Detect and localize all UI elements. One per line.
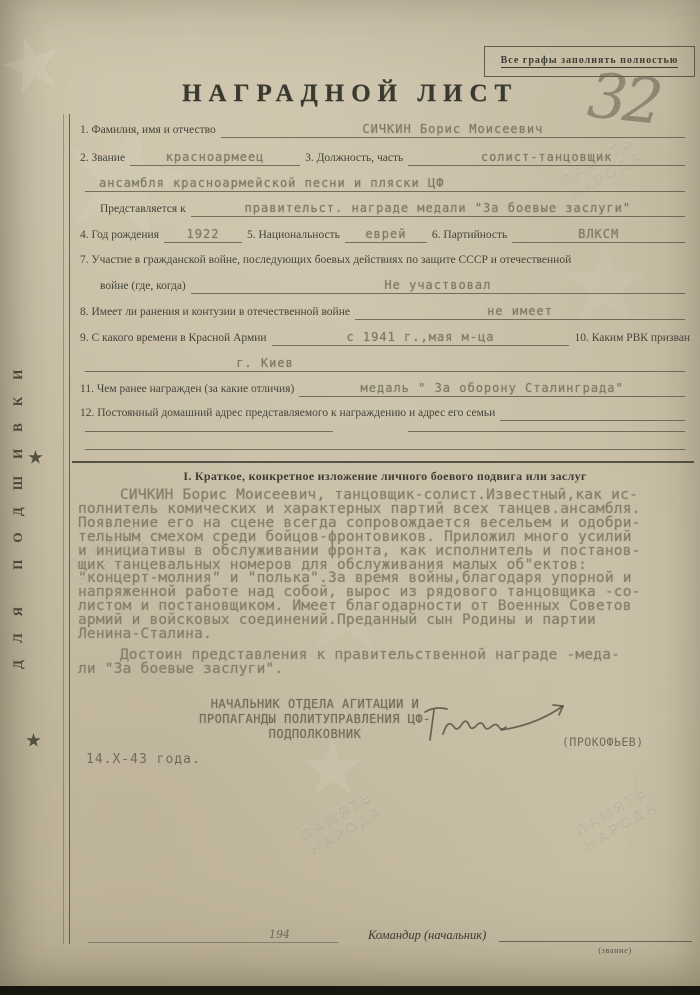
field-value: ВЛКСМ: [578, 227, 619, 241]
archive-page-number: 194: [269, 928, 338, 941]
field-row-1: 1. Фамилия, имя и отчество СИЧКИН Борис …: [80, 122, 690, 138]
field-row-3-continued: ансамбля красноармейской песни и пляски …: [80, 176, 690, 192]
field-line: еврей: [345, 227, 427, 243]
field-value: г. Киев: [236, 356, 294, 370]
field-label: 8. Имеет ли ранения и контузии в отечест…: [80, 306, 350, 320]
commander-label: Командир (начальник): [368, 928, 486, 943]
field-line: правительст. награде медали "За боевые з…: [191, 201, 685, 217]
field-value: ансамбля красноармейской песни и пляски …: [99, 176, 444, 190]
field-value: еврей: [365, 227, 406, 241]
citation-line: ли "За боевые заслуги".: [78, 663, 694, 677]
field-line: солист-танцовщик: [408, 150, 685, 166]
field-value: правительст. награде медали "За боевые з…: [245, 201, 632, 215]
field-label: 12. Постоянный домашний адрес представля…: [80, 407, 495, 421]
watermark-text: НАРОДА: [306, 801, 385, 858]
field-row-9-10: 9. С какого времени в Красной Армии с 19…: [80, 330, 690, 346]
field-row-7-continued: войне (где, когда) Не участвовал: [80, 278, 690, 294]
field-label: 10. Каким РВК призван: [574, 332, 690, 346]
blank-line-row: [80, 448, 690, 450]
scan-edge: [0, 986, 700, 995]
field-label: 4. Год рождения: [80, 229, 159, 243]
archive-page-number-line: 194: [88, 918, 338, 943]
field-row-8: 8. Имеет ли ранения и контузии в отечест…: [80, 304, 690, 320]
watermark-text: НАРОДА: [581, 796, 660, 853]
binding-margin-label: ДЛЯ ПОДШИВКИ: [10, 272, 44, 750]
field-line: [85, 430, 333, 432]
field-value: с 1941 г.,мая м-ца: [346, 330, 494, 344]
field-line: [500, 419, 685, 421]
field-line: СИЧКИН Борис Моисеевич: [221, 122, 685, 138]
watermark-text: ПАМЯТЬ: [297, 786, 377, 843]
field-line: [85, 448, 685, 450]
field-value: медаль " За оборону Сталинграда": [361, 381, 624, 395]
archive-watermark: ПАМЯТЬ НАРОДА: [297, 786, 386, 858]
field-line: не имеет: [355, 304, 685, 320]
signature-date: 14.X-43 года.: [86, 752, 201, 767]
signatory-name: (ПРОКОФЬЕВ): [562, 735, 644, 749]
field-label: 2. Звание: [80, 152, 125, 166]
handwritten-signature: [415, 690, 585, 756]
citation-text: СИЧКИН Борис Моисеевич, танцовщик-солист…: [78, 489, 694, 677]
field-line: с 1941 г.,мая м-ца: [272, 330, 570, 346]
field-label: 11. Чем ранее награжден (за какие отличи…: [80, 383, 294, 397]
field-line: Не участвовал: [191, 278, 685, 294]
archive-watermark: ПАМЯТЬ НАРОДА: [557, 131, 646, 203]
rank-caption: (звание): [560, 945, 670, 955]
award-sheet-document: ПАМЯТЬ НАРОДА ПАМЯТЬ НАРОДА ПАМЯТЬ НАРОД…: [0, 0, 700, 995]
field-value: Не участвовал: [384, 278, 491, 292]
field-row-4-5-6: 4. Год рождения 1922 5. Национальность е…: [80, 227, 690, 243]
field-value: солист-танцовщик: [481, 150, 613, 164]
field-label: 3. Должность, часть: [305, 152, 403, 166]
citation-heading: I. Краткое, конкретное изложение личного…: [80, 469, 690, 484]
field-row-10-value: г. Киев: [80, 356, 690, 372]
section-divider-rule: [72, 461, 694, 463]
star-watermark-icon: [302, 738, 364, 800]
margin-rule: [69, 114, 70, 944]
field-row-12: 12. Постоянный домашний адрес представля…: [80, 407, 690, 421]
field-label: 5. Национальность: [247, 229, 340, 243]
field-line: медаль " За оборону Сталинграда": [299, 381, 685, 397]
field-value: красноармеец: [166, 150, 265, 164]
field-line: ансамбля красноармейской песни и пляски …: [85, 176, 685, 192]
archive-watermark: ПАМЯТЬ НАРОДА: [572, 781, 661, 853]
field-value: СИЧКИН Борис Моисеевич: [362, 122, 543, 136]
field-label: Представляется к: [80, 203, 186, 217]
field-row-11: 11. Чем ранее награжден (за какие отличи…: [80, 381, 690, 397]
field-label: 1. Фамилия, имя и отчество: [80, 124, 216, 138]
field-label: войне (где, когда): [80, 280, 186, 294]
field-row-2-3: 2. Звание красноармеец 3. Должность, час…: [80, 150, 690, 166]
spacer: [343, 431, 398, 432]
field-line: ВЛКСМ: [512, 227, 685, 243]
commander-signature-line: [499, 941, 692, 942]
field-line: красноармеец: [130, 150, 300, 166]
field-label: 6. Партийность: [432, 229, 507, 243]
field-line: [408, 430, 685, 432]
margin-rule: [63, 114, 64, 944]
field-label: 7. Участие в гражданской войне, последую…: [80, 254, 571, 268]
watermark-text: ПАМЯТЬ: [572, 781, 652, 838]
field-value: не имеет: [487, 304, 553, 318]
field-row-presented: Представляется к правительст. награде ме…: [80, 201, 690, 217]
citation-line: Ленина-Сталина.: [78, 628, 694, 642]
blank-line-row: [80, 430, 690, 432]
field-label: 9. С какого времени в Красной Армии: [80, 332, 267, 346]
field-line: 1922: [164, 227, 242, 243]
field-value: 1922: [187, 227, 220, 241]
field-row-7: 7. Участие в гражданской войне, последую…: [80, 254, 690, 268]
field-line: г. Киев: [85, 356, 685, 372]
